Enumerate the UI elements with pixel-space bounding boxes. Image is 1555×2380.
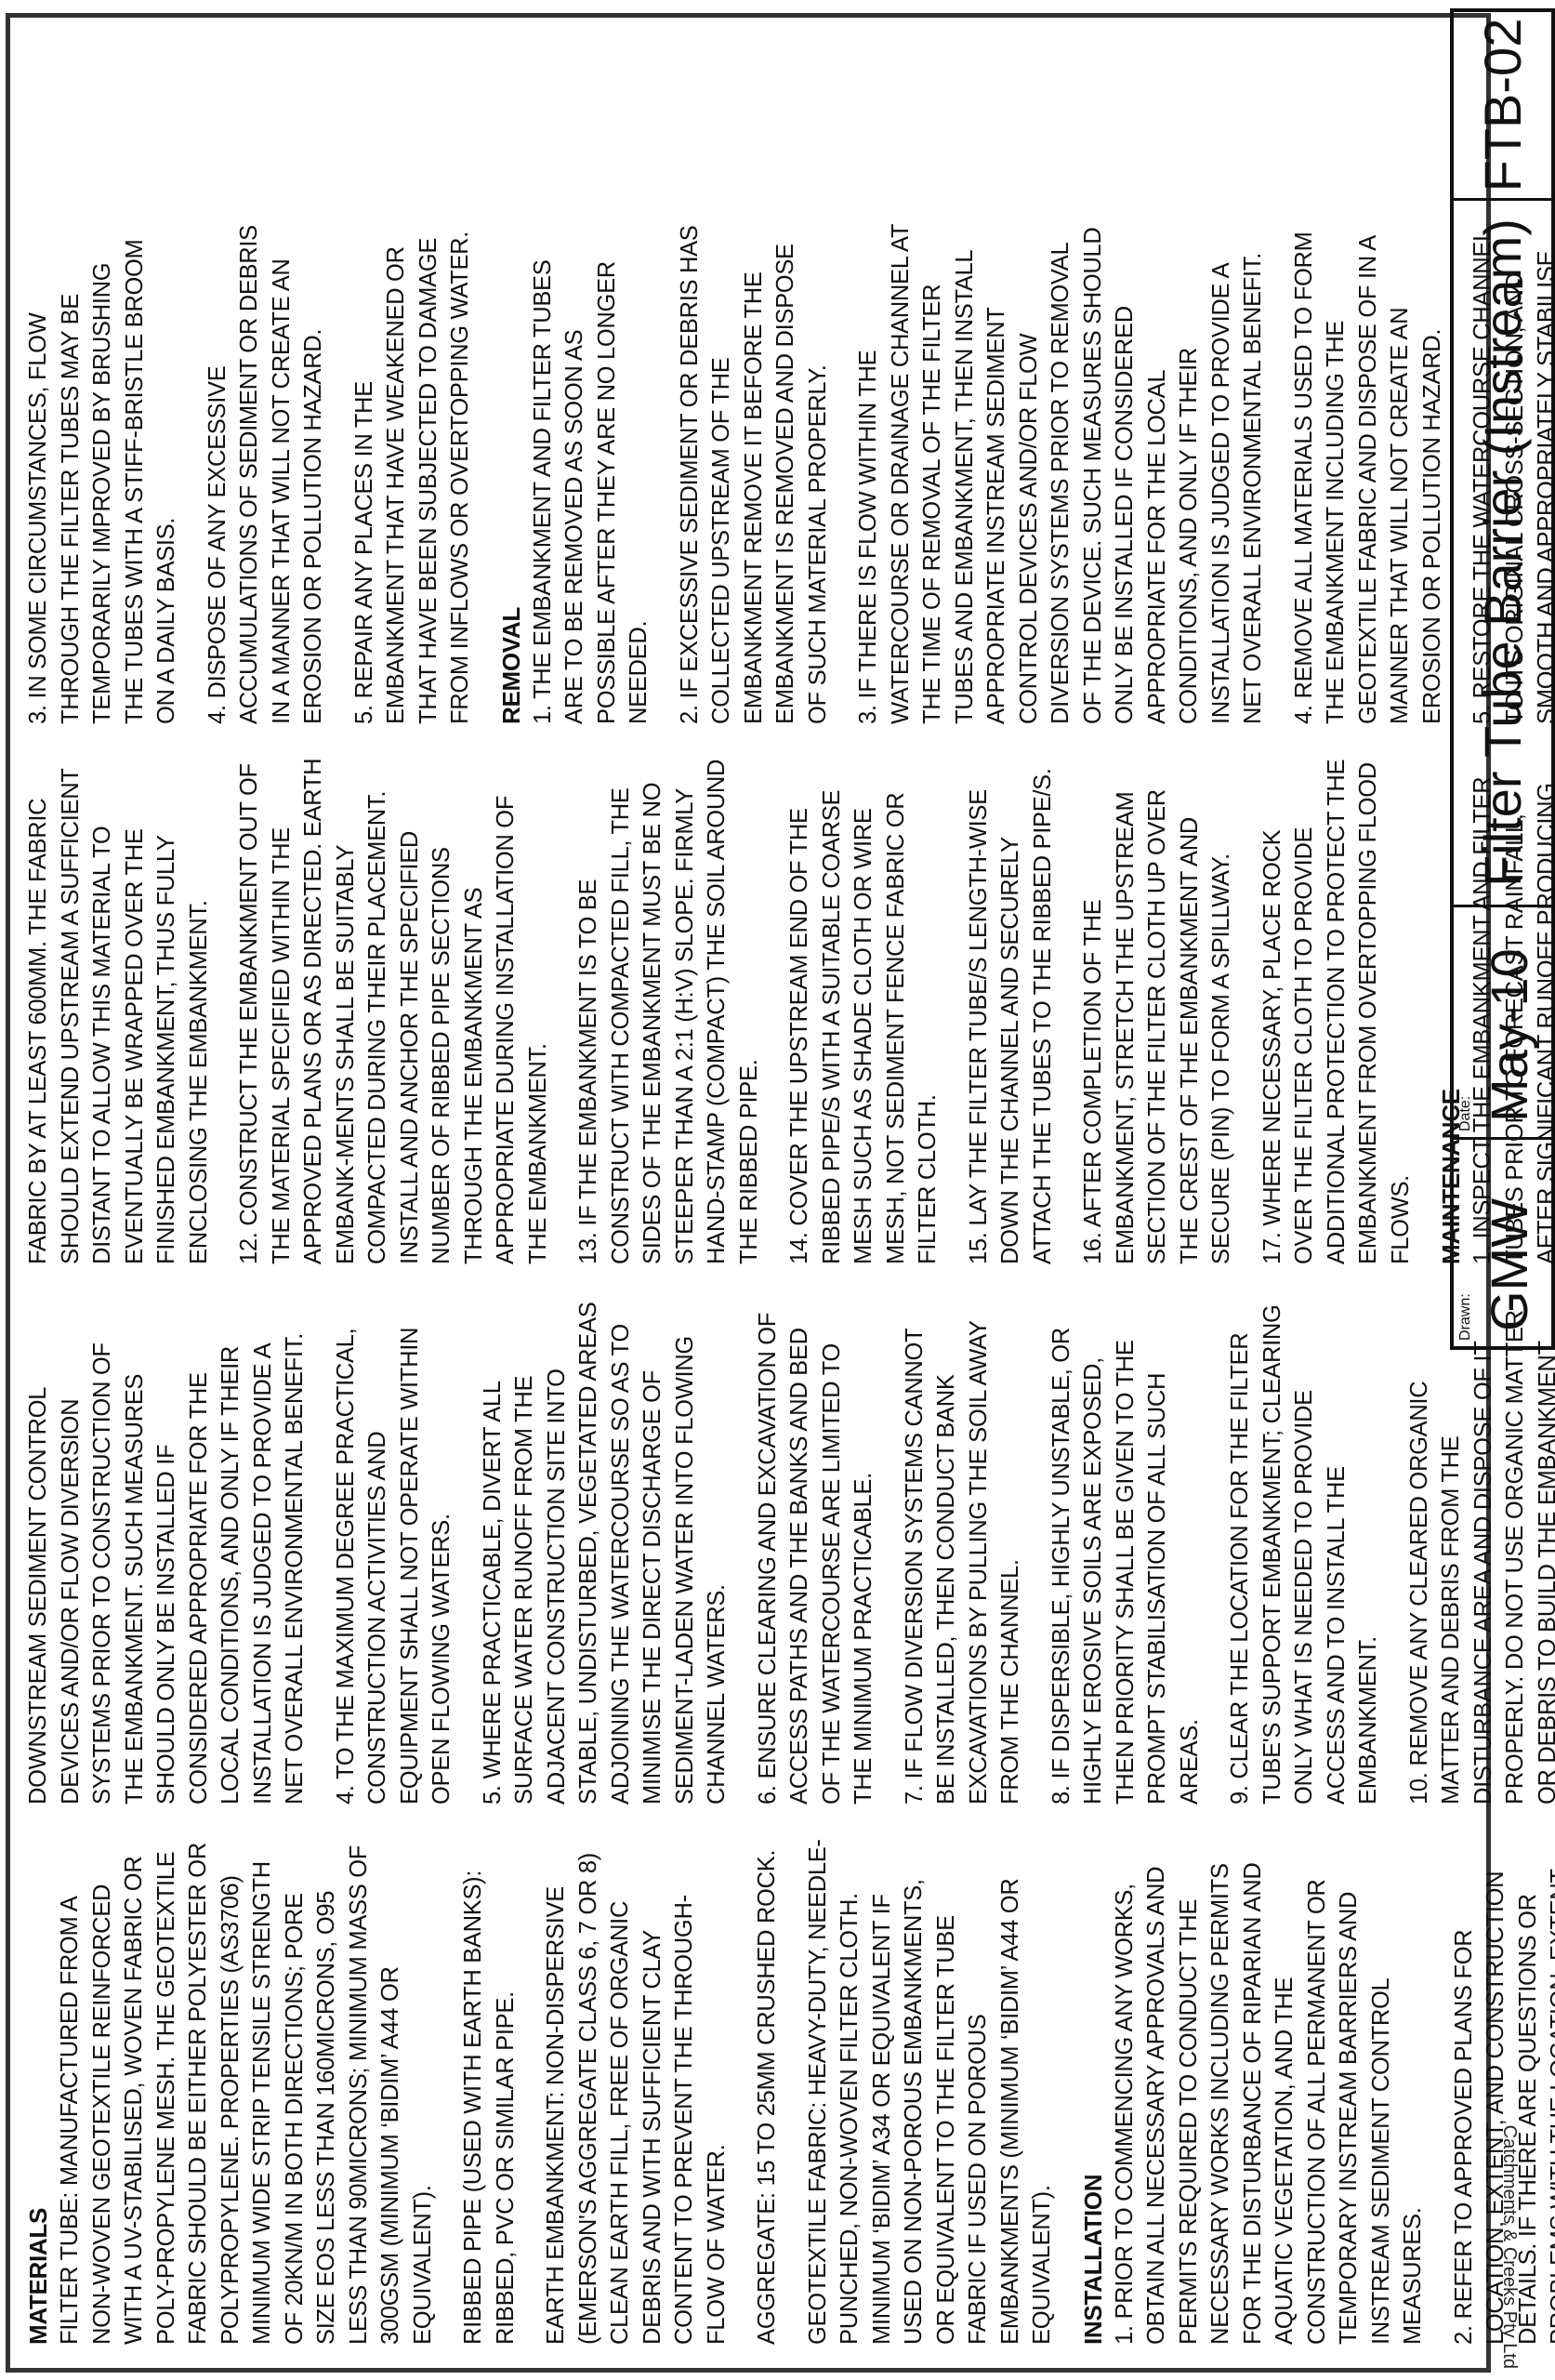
- installation-step-12: 12. CONSTRUCT THE EMBANKMENT OUT OF THE …: [233, 758, 554, 1264]
- drawing-sheet: MATERIALS FILTER TUBE: MANUFACTURED FROM…: [0, 0, 1555, 2380]
- maintenance-step-5: 5. REPAIR ANY PLACES IN THE EMBANKMENT T…: [349, 218, 477, 724]
- note-ribbed-pipe: RIBBED PIPE (USED WITH EARTH BANKS): RIB…: [457, 1838, 521, 2345]
- date-label: Date:: [1457, 1096, 1474, 1131]
- notes-column-1: MATERIALS FILTER TUBE: MANUFACTURED FROM…: [22, 1838, 1472, 2345]
- maintenance-step-4: 4. DISPOSE OF ANY EXCESSIVE ACCUMULATION…: [202, 218, 330, 724]
- notes-column-4: 3. IN SOME CIRCUMSTANCES, FLOW THROUGH T…: [22, 218, 1472, 724]
- notes-columns: MATERIALS FILTER TUBE: MANUFACTURED FROM…: [22, 20, 1472, 2345]
- note-aggregate: AGGREGATE: 15 TO 25mm CRUSHED ROCK.: [751, 1838, 784, 2345]
- note-geotextile-fabric: GEOTEXTILE FABRIC: HEAVY-DUTY, NEEDLE-PU…: [802, 1838, 1059, 2345]
- drawing-code: FTB-02: [1472, 19, 1533, 192]
- drawn-by-cell: Drawn: GMW: [1454, 1137, 1551, 1346]
- installation-step-16: 16. AFTER COMPLETION OF THE EMBANKMENT, …: [1077, 758, 1238, 1264]
- installation-step-6: 6. ENSURE CLEARING AND EXCAVATION OF ACC…: [752, 1298, 880, 1805]
- installation-step-3-cont: DOWNSTREAM SEDIMENT CONTROL DEVICES AND/…: [22, 1298, 311, 1805]
- notes-column-2: DOWNSTREAM SEDIMENT CONTROL DEVICES AND/…: [22, 1298, 1472, 1805]
- drawn-label: Drawn:: [1457, 1293, 1474, 1341]
- removal-step-3: 3. IF THERE IS FLOW WITHIN THE WATERCOUR…: [852, 218, 1270, 724]
- removal-step-2: 2. IF EXCESSIVE SEDIMENT OR DEBRIS HAS C…: [674, 218, 835, 724]
- maintenance-step-3: 3. IN SOME CIRCUMSTANCES, FLOW THROUGH T…: [22, 218, 183, 724]
- title-block: Drawn: GMW Date: May-10 Filter Tube Barr…: [1450, 8, 1555, 1350]
- installation-step-5: 5. WHERE PRACTICABLE, DIVERT ALL SURFACE…: [477, 1298, 733, 1805]
- section-heading-materials: MATERIALS: [22, 1838, 54, 2345]
- installation-step-14: 14. COVER THE UPSTREAM END OF THE RIBBED…: [784, 758, 944, 1264]
- drawing-code-cell: FTB-02: [1454, 12, 1551, 198]
- note-earth-embankment: EARTH EMBANKMENT: NON-DISPERSIVE (EMERSO…: [540, 1838, 732, 2345]
- installation-step-17: 17. WHERE NECESSARY, PLACE ROCK OVER THE…: [1257, 758, 1417, 1264]
- installation-step-1: 1. PRIOR TO COMMENCING ANY WORKS, OBTAIN…: [1109, 1838, 1430, 2345]
- drawing-title-cell: Filter Tube Barrier (Instream): [1454, 198, 1551, 905]
- installation-step-10: 10. REMOVE ANY CLEARED ORGANIC MATTER AN…: [1403, 1298, 1555, 1805]
- note-filter-tube: FILTER TUBE: MANUFACTURED FROM A NON-WOV…: [54, 1838, 439, 2345]
- drawing-title: Filter Tube Barrier (Instream): [1472, 218, 1533, 887]
- company-credit: Catchments & Creeks Pty Ltd: [1498, 2125, 1520, 2369]
- removal-step-1: 1. THE EMBANKMENT AND FILTER TUBES ARE T…: [527, 218, 655, 724]
- section-heading-removal: REMOVAL: [495, 218, 527, 724]
- removal-step-4: 4. REMOVE ALL MATERIALS USED TO FORM THE…: [1288, 218, 1449, 724]
- date-cell: Date: May-10: [1454, 905, 1551, 1137]
- installation-step-11-cont: FABRIC BY AT LEAST 600mm. THE FABRIC SHO…: [22, 758, 215, 1264]
- installation-step-4: 4. TO THE MAXIMUM DEGREE PRACTICAL, CONS…: [330, 1298, 458, 1805]
- installation-step-9: 9. CLEAR THE LOCATION FOR THE FILTER TUB…: [1224, 1298, 1385, 1805]
- drawn-value: GMW: [1466, 1198, 1539, 1346]
- date-value: May-10: [1466, 948, 1539, 1137]
- installation-step-13: 13. IF THE EMBANKMENT IS TO BE CONSTRUCT…: [573, 758, 765, 1264]
- notes-column-3: FABRIC BY AT LEAST 600mm. THE FABRIC SHO…: [22, 758, 1472, 1264]
- installation-step-7: 7. IF FLOW DIVERSION SYSTEMS CANNOT BE I…: [899, 1298, 1027, 1805]
- installation-step-8: 8. IF DISPERSIBLE, HIGHLY UNSTABLE, OR H…: [1046, 1298, 1206, 1805]
- installation-step-15: 15. LAY THE FILTER TUBE/S LENGTH-WISE DO…: [963, 758, 1060, 1264]
- section-heading-installation: INSTALLATION: [1077, 1838, 1109, 2345]
